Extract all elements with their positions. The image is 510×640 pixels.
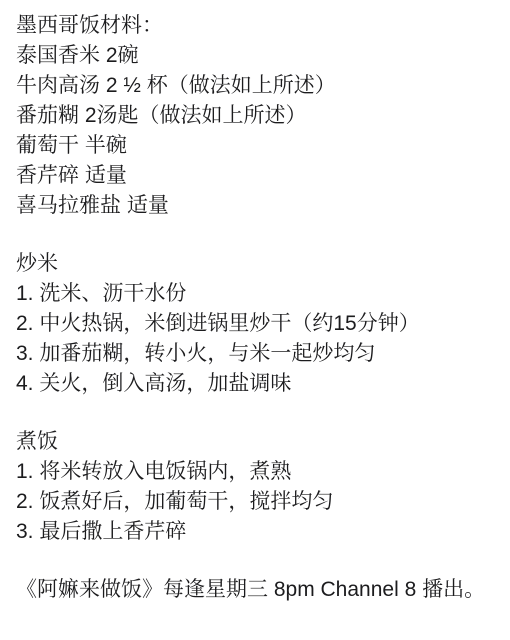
section-heading-cook-rice: 煮饭 — [16, 427, 494, 457]
step-line: 1. 洗米、沥干水份 — [16, 279, 494, 309]
ingredient-line: 香芹碎 适量 — [16, 161, 494, 191]
step-line: 1. 将米转放入电饭锅内，煮熟 — [16, 457, 494, 487]
step-line: 2. 中火热锅，米倒进锅里炒干（约15分钟） — [16, 309, 494, 339]
step-line: 3. 最后撒上香芹碎 — [16, 517, 494, 547]
program-footer: 《阿嫲来做饭》每逢星期三 8pm Channel 8 播出。 — [16, 575, 494, 605]
ingredient-line: 番茄糊 2汤匙（做法如上所述） — [16, 101, 494, 131]
step-line: 2. 饭煮好后，加葡萄干，搅拌均匀 — [16, 487, 494, 517]
recipe-title: 墨西哥饭材料： — [16, 11, 494, 41]
step-line: 4. 关火，倒入高汤，加盐调味 — [16, 369, 494, 399]
step-line: 3. 加番茄糊，转小火，与米一起炒均匀 — [16, 339, 494, 369]
ingredient-line: 泰国香米 2碗 — [16, 41, 494, 71]
ingredient-line: 牛肉高汤 2 ½ 杯（做法如上所述） — [16, 71, 494, 101]
section-heading-fry-rice: 炒米 — [16, 249, 494, 279]
recipe-document: 墨西哥饭材料： 泰国香米 2碗 牛肉高汤 2 ½ 杯（做法如上所述） 番茄糊 2… — [0, 0, 510, 640]
ingredient-line: 葡萄干 半碗 — [16, 131, 494, 161]
ingredient-line: 喜马拉雅盐 适量 — [16, 191, 494, 221]
